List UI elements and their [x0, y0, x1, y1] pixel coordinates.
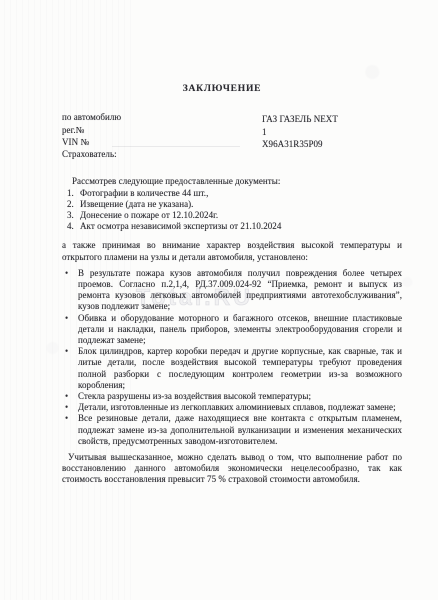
- conclusion-paragraph: Учитывая вышесказанное, можно сделать вы…: [62, 452, 402, 486]
- finding-item: Блок цилиндров, картер коробки передач и…: [62, 346, 402, 391]
- field-label-insured: Страхователь:: [62, 148, 262, 160]
- document-item-text: Донесение о пожаре от 12.10.2024г.: [80, 210, 218, 221]
- field-label-vehicle: по автомобилю: [62, 111, 262, 123]
- document-item-number: 3.: [67, 210, 80, 221]
- documents-section: Рассмотрев следующие предоставленные док…: [62, 176, 402, 232]
- document-item-number: 4.: [67, 221, 80, 232]
- finding-item: В результате пожара кузов автомобиля пол…: [62, 268, 402, 313]
- document-item-number: 2.: [67, 199, 80, 210]
- field-label-vin: VIN №: [62, 136, 262, 148]
- header-values-column: ГАЗ ГАЗЕЛЬ NEXT 1 X96A31R35P09: [262, 113, 338, 160]
- findings-list: В результате пожара кузов автомобиля пол…: [62, 268, 402, 447]
- scanned-document-page: Total.RU ЗАКЛЮЧЕНИЕ по автомобилю рег.№ …: [0, 0, 438, 600]
- document-item-text: Акт осмотра независимой экспертизы от 21…: [80, 221, 281, 232]
- finding-item: Все резиновые детали, даже находящиеся в…: [62, 413, 402, 447]
- document-list-item: 3. Донесение о пожаре от 12.10.2024г.: [62, 210, 402, 221]
- document-item-number: 1.: [67, 188, 80, 199]
- header-info: по автомобилю рег.№ VIN № Страхователь: …: [62, 111, 402, 160]
- document-list-item: 1. Фотографии в количестве 44 шт.,: [62, 188, 402, 199]
- finding-item: Стекла разрушены из-за воздействия высок…: [62, 391, 402, 402]
- document-list-item: 4. Акт осмотра независимой экспертизы от…: [62, 221, 402, 232]
- document-body: ЗАКЛЮЧЕНИЕ по автомобилю рег.№ VIN № Стр…: [0, 0, 438, 486]
- document-item-text: Фотографии в количестве 44 шт.,: [80, 188, 208, 199]
- value-vin: X96A31R35P09: [262, 138, 338, 150]
- lead-paragraph: а также принимая во внимание характер во…: [62, 240, 402, 262]
- finding-item: Детали, изготовленные из легкоплавких ал…: [62, 402, 402, 413]
- value-vehicle-model: ГАЗ ГАЗЕЛЬ NEXT: [262, 113, 338, 125]
- value-reg-number: 1: [262, 126, 338, 138]
- document-item-text: Извещение (дата не указана).: [80, 199, 193, 210]
- document-list-item: 2. Извещение (дата не указана).: [62, 199, 402, 210]
- field-label-reg-number: рег.№: [62, 124, 262, 136]
- intro-paragraph: Рассмотрев следующие предоставленные док…: [62, 176, 402, 187]
- header-labels-column: по автомобилю рег.№ VIN № Страхователь:: [62, 111, 262, 160]
- finding-item: Обивка и оборудование моторного и багажн…: [62, 313, 402, 347]
- document-title: ЗАКЛЮЧЕНИЕ: [52, 84, 392, 95]
